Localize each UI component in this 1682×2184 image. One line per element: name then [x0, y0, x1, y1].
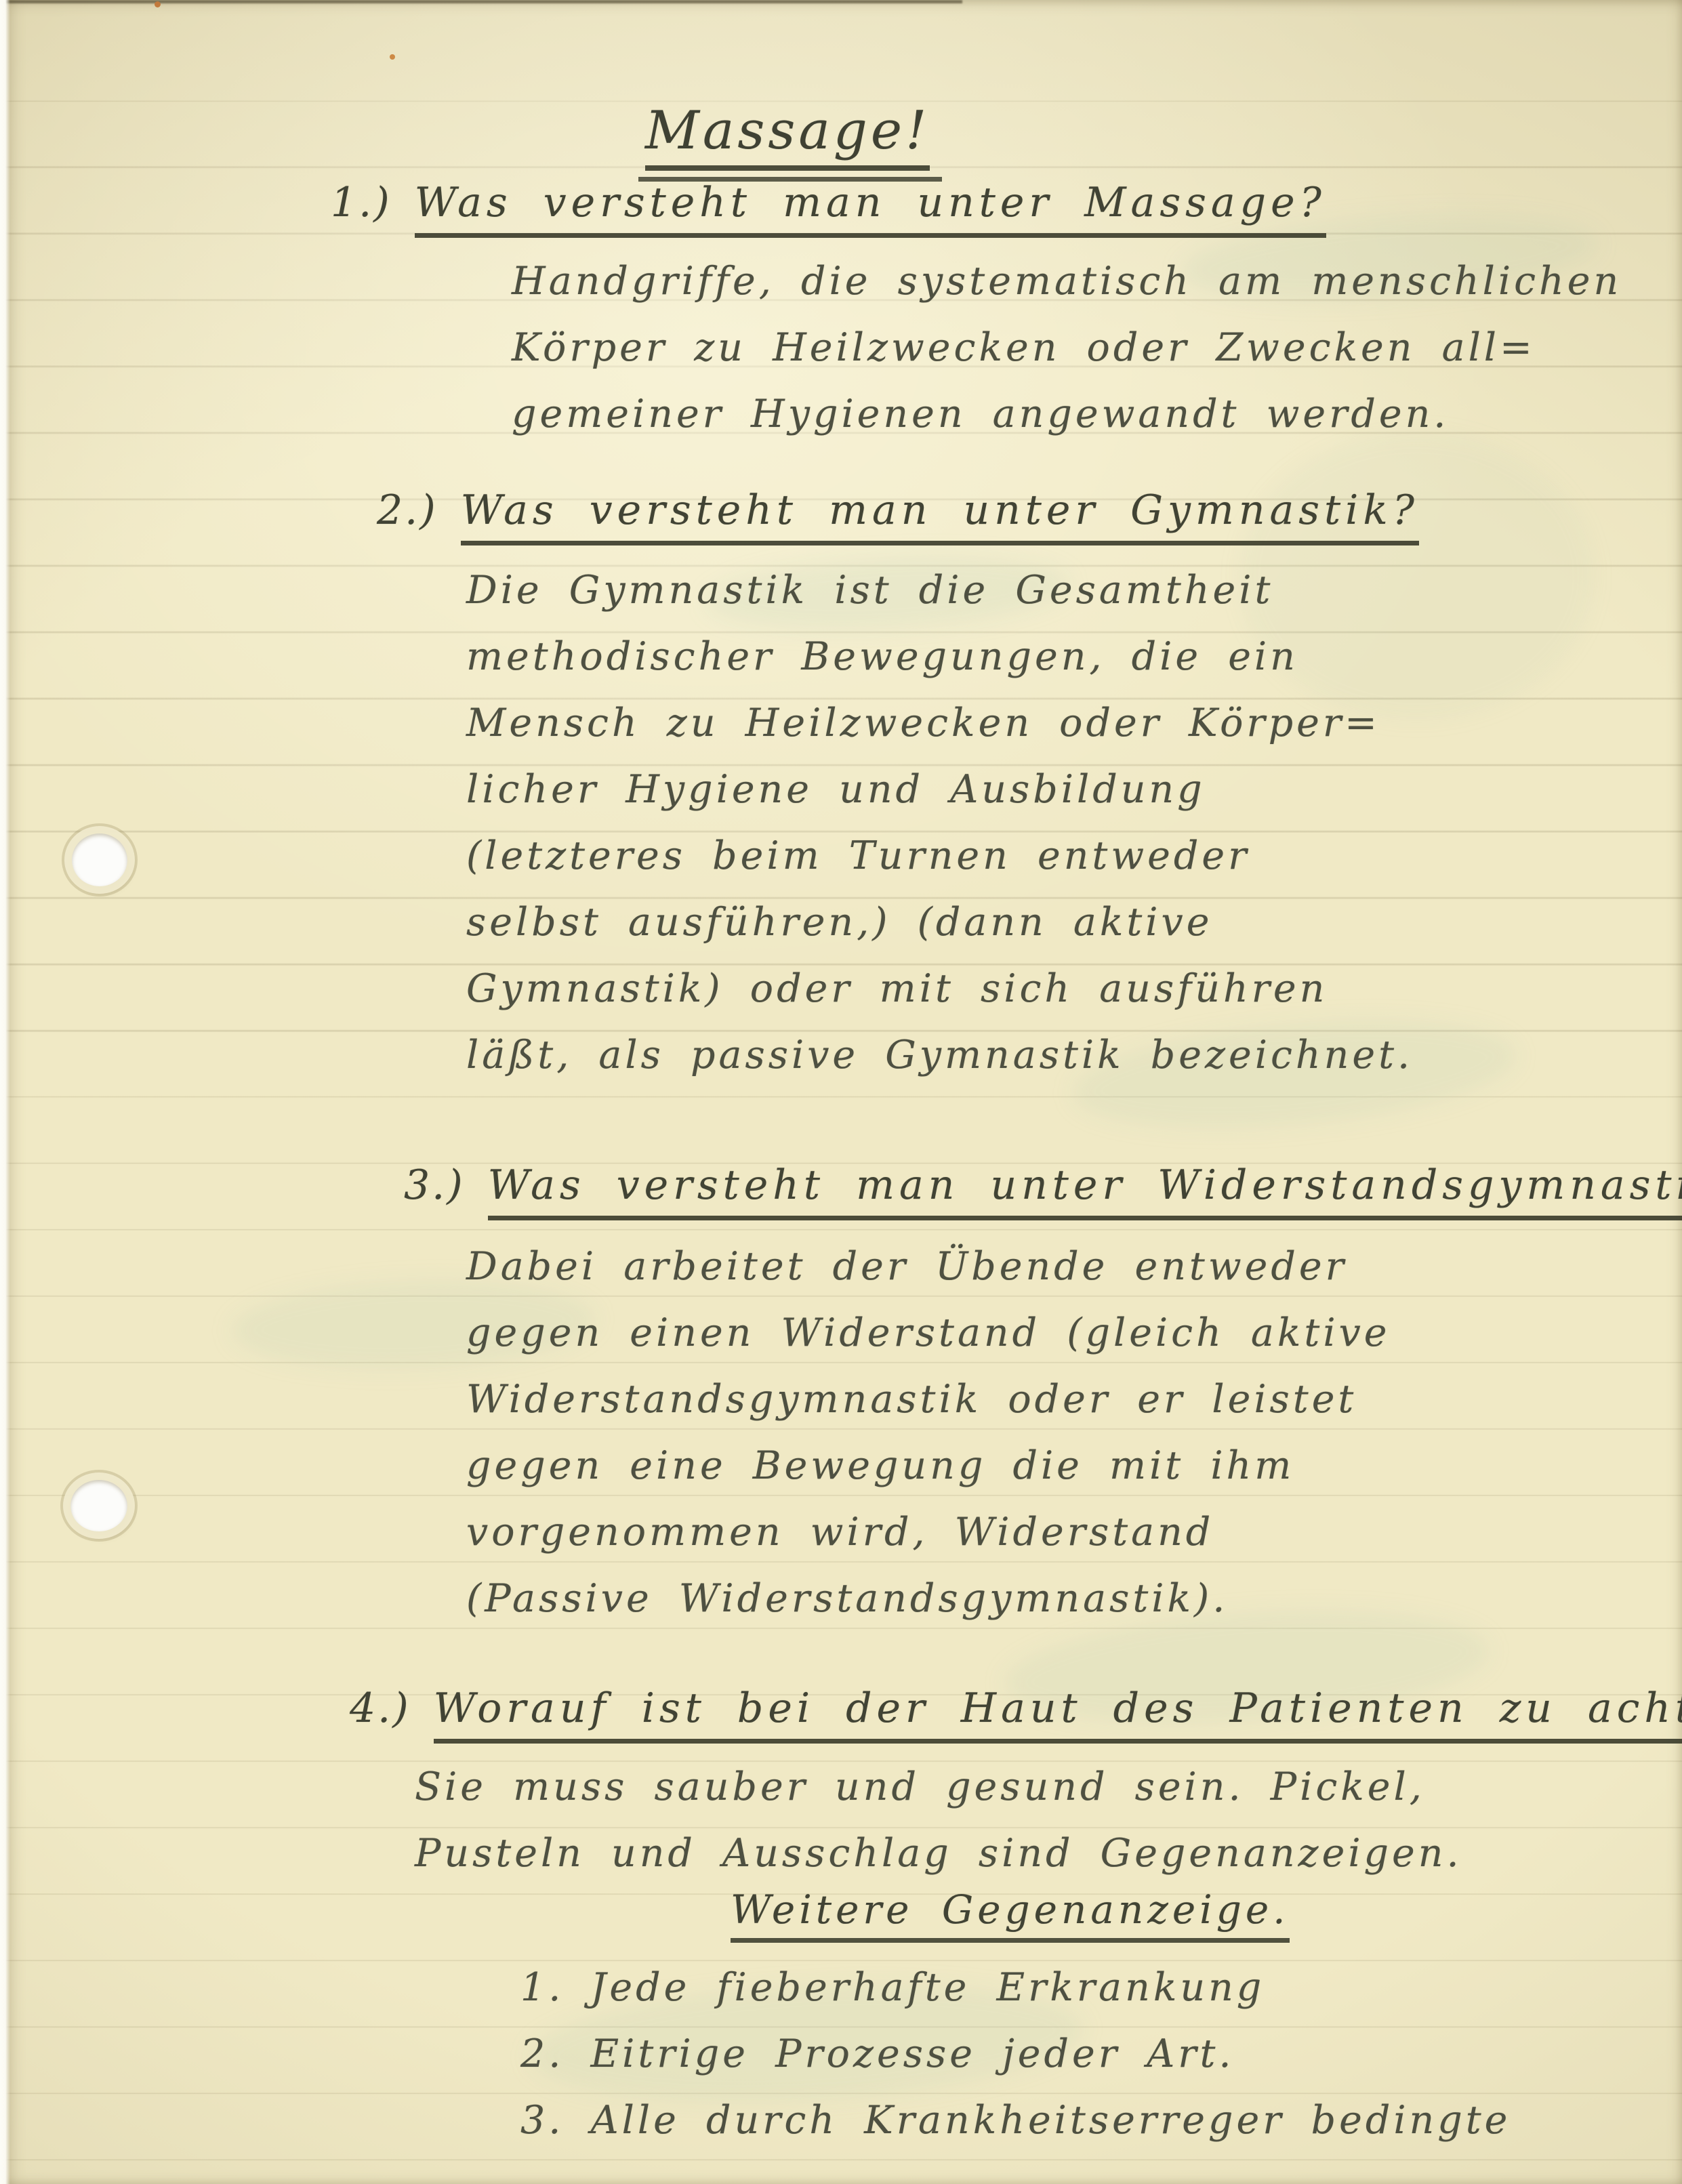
answer-line: Widerstandsgymnastik oder er leistet	[466, 1366, 1391, 1433]
contraindication-list: 1. Jede fieberhafte Erkrankung 2. Eitrig…	[520, 1954, 1511, 2154]
list-item: 1. Jede fieberhafte Erkrankung	[520, 1954, 1511, 2021]
answer-line: Körper zu Heilzwecken oder Zwecken all=	[512, 314, 1622, 381]
answer-line: Mensch zu Heilzwecken oder Körper=	[466, 690, 1413, 756]
question-number: 4.)	[350, 1685, 411, 1732]
subheading-text: Weitere Gegenanzeige.	[731, 1887, 1290, 1943]
answer-line: Dabei arbeitet der Übende entweder	[466, 1233, 1391, 1300]
answer-line: vorgenommen wird, Widerstand	[466, 1499, 1391, 1565]
punch-hole-top	[72, 833, 127, 886]
subheading-row: Weitere Gegenanzeige.	[731, 1887, 1290, 1943]
list-item: 3. Alle durch Krankheitserreger bedingte	[520, 2087, 1511, 2154]
question-number: 2.)	[377, 487, 438, 534]
answer-line: licher Hygiene und Ausbildung	[466, 756, 1413, 823]
answer-line: Pusteln und Ausschlag sind Gegenanzeigen…	[415, 1820, 1462, 1887]
answer-line: gemeiner Hygienen angewandt werden.	[512, 381, 1622, 447]
answer-line: Gymnastik) oder mit sich ausführen	[466, 955, 1413, 1022]
question-row: 1.)Was versteht man unter Massage?	[331, 179, 1326, 238]
answer-line: (Passive Widerstandsgymnastik).	[466, 1565, 1391, 1632]
page-title: Massage!	[645, 100, 930, 171]
answer-line: gegen eine Bewegung die mit ihm	[466, 1433, 1391, 1499]
answer-line: selbst ausführen,) (dann aktive	[466, 889, 1413, 955]
answer-block: Dabei arbeitet der Übende entweder gegen…	[466, 1233, 1391, 1632]
answer-block: Handgriffe, die systematisch am menschli…	[512, 248, 1622, 447]
answer-block: Sie muss sauber und gesund sein. Pickel,…	[415, 1754, 1462, 1887]
question-row: 3.)Was versteht man unter Widerstandsgym…	[404, 1161, 1682, 1220]
question-text: Was versteht man unter Widerstandsgymnas…	[488, 1161, 1682, 1220]
question-text: Was versteht man unter Gymnastik?	[461, 487, 1419, 545]
punch-hole-bottom	[70, 1480, 127, 1531]
question-row: 4.)Worauf ist bei der Haut des Patienten…	[350, 1685, 1682, 1744]
answer-line: Sie muss sauber und gesund sein. Pickel,	[415, 1754, 1462, 1820]
question-number: 3.)	[404, 1161, 465, 1209]
answer-line: methodischer Bewegungen, die ein	[466, 623, 1413, 690]
answer-line: gegen einen Widerstand (gleich aktive	[466, 1300, 1391, 1366]
paper-fleck	[390, 54, 395, 60]
answer-line: Die Gymnastik ist die Gesamtheit	[466, 557, 1413, 623]
list-item: 2. Eitrige Prozesse jeder Art.	[520, 2021, 1511, 2087]
paper-fleck	[155, 1, 161, 7]
scanner-edge-line	[0, 0, 962, 3]
page-title-text: Massage!	[645, 100, 930, 171]
question-row: 2.)Was versteht man unter Gymnastik?	[377, 487, 1419, 545]
answer-block: Die Gymnastik ist die Gesamtheit methodi…	[466, 557, 1413, 1088]
answer-line: (letzteres beim Turnen entweder	[466, 823, 1413, 889]
question-text: Was versteht man unter Massage?	[415, 179, 1326, 238]
question-number: 1.)	[331, 179, 392, 226]
notebook-page: Massage! 1.)Was versteht man unter Massa…	[0, 0, 1682, 2184]
torn-paper-edge	[0, 0, 10, 2184]
question-text: Worauf ist bei der Haut des Patienten zu…	[434, 1685, 1682, 1744]
answer-line: Handgriffe, die systematisch am menschli…	[512, 248, 1622, 314]
answer-line: läßt, als passive Gymnastik bezeichnet.	[466, 1022, 1413, 1088]
